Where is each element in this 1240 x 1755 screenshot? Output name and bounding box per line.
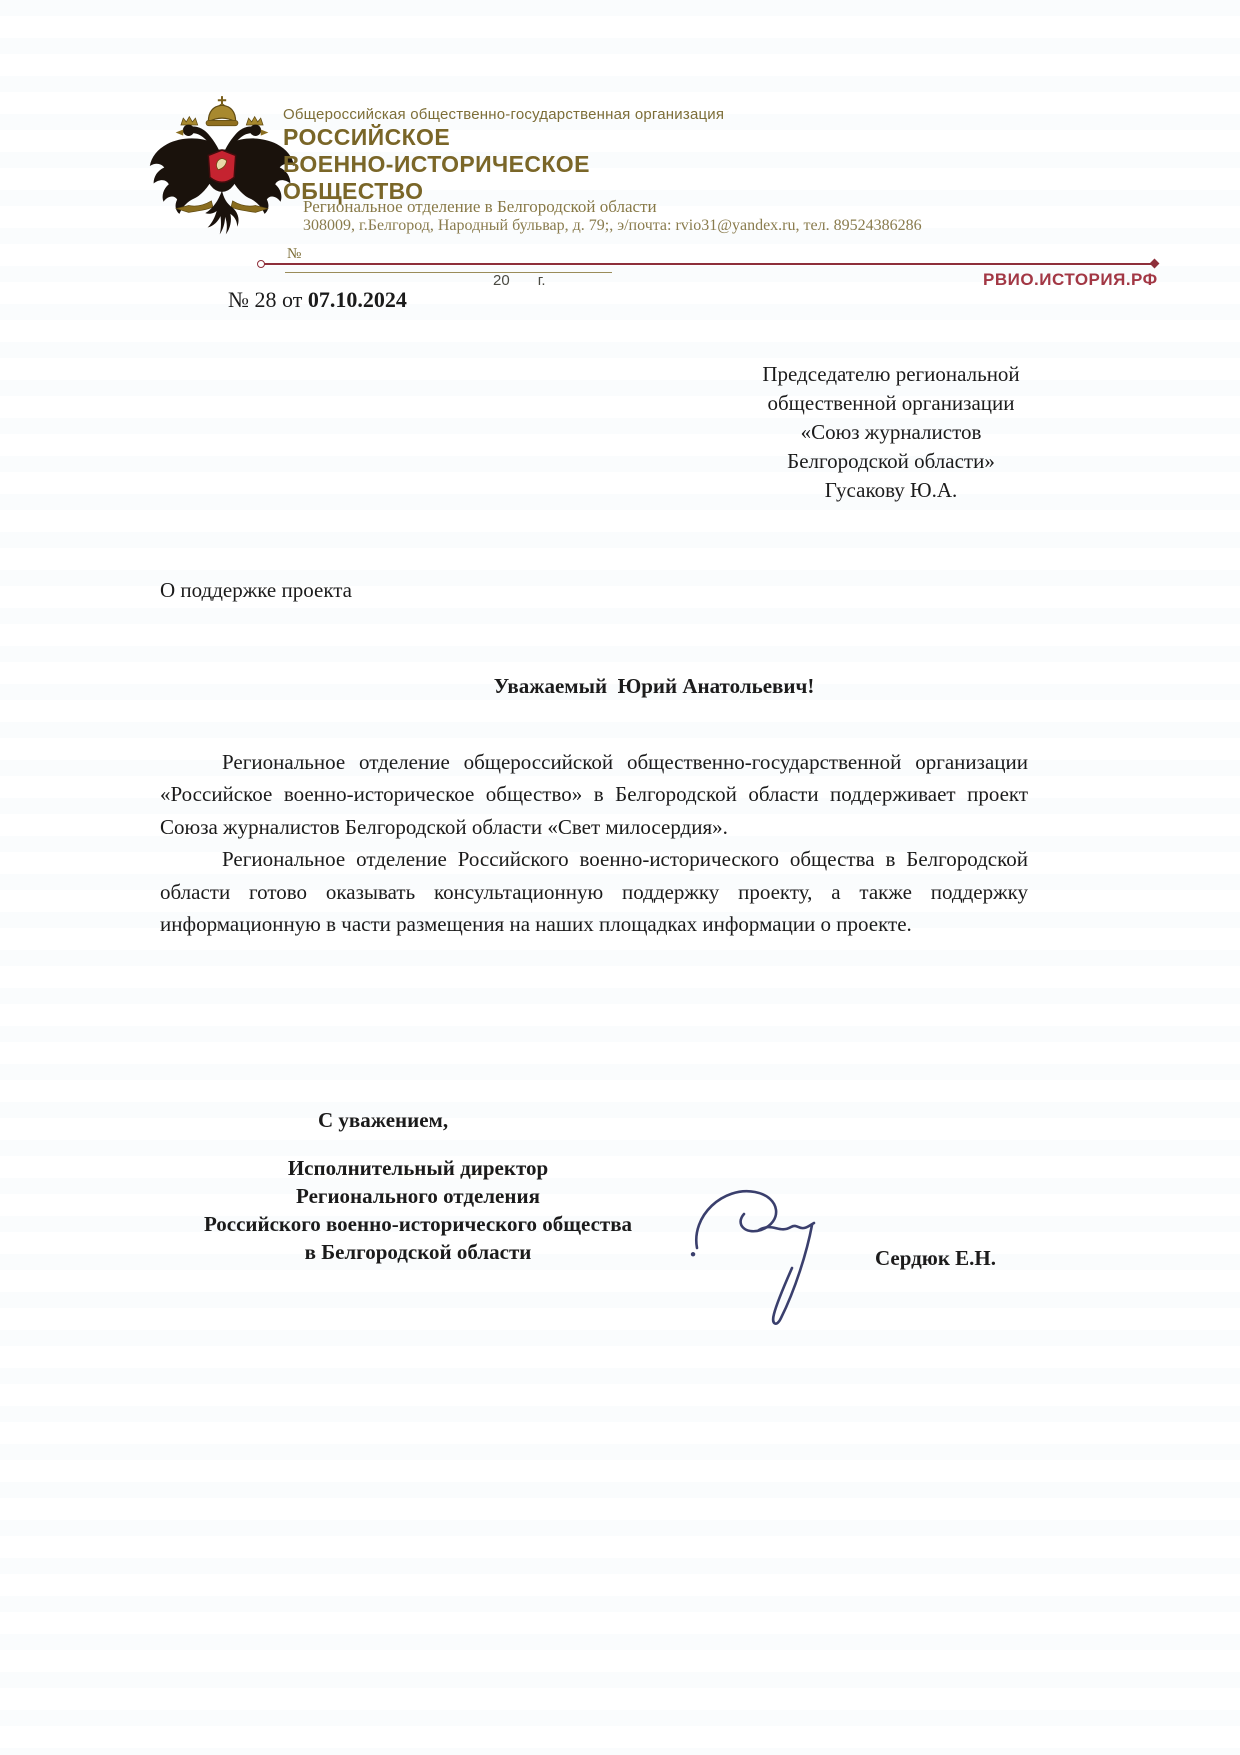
signer-name: Сердюк Е.Н. xyxy=(875,1246,996,1271)
addressee-line-5: Гусакову Ю.А. xyxy=(733,476,1049,505)
reference-prefix: № 28 от xyxy=(228,287,302,312)
reference-date: 07.10.2024 xyxy=(308,287,407,312)
letter-page: Общероссийская общественно-государственн… xyxy=(0,0,1240,1755)
salutation-line: Уважаемый Юрий Анатольевич! xyxy=(220,674,1088,699)
number-blank-line xyxy=(285,248,612,273)
addressee-line-2: общественной организации xyxy=(733,389,1049,418)
addressee-line-4: Белгородской области» xyxy=(733,447,1049,476)
addressee-block: Председателю региональной общественной о… xyxy=(733,360,1049,505)
signer-title-line-2: Регионального отделения xyxy=(160,1182,676,1210)
rule-right-arrow xyxy=(1150,259,1160,269)
year-blank-line: 20г. xyxy=(493,272,546,289)
address-line: 308009, г.Белгород, Народный бульвар, д.… xyxy=(303,217,922,235)
org-name: РОССИЙСКОЕ ВОЕННО-ИСТОРИЧЕСКОЕ ОБЩЕСТВО xyxy=(283,124,590,205)
signer-title-line-4: в Белгородской области xyxy=(160,1238,676,1266)
body-paragraph-2: Региональное отделение Российского военн… xyxy=(160,843,1028,940)
org-type-line: Общероссийская общественно-государственн… xyxy=(283,106,724,123)
signer-title-line-1: Исполнительный директор xyxy=(160,1154,676,1182)
org-name-line-2: ВОЕННО-ИСТОРИЧЕСКОЕ xyxy=(283,151,590,178)
letter-body: Региональное отделение общероссийской об… xyxy=(160,746,1028,940)
closing-line: С уважением, xyxy=(318,1108,448,1133)
website-label: РВИО.ИСТОРИЯ.РФ xyxy=(983,270,1158,290)
addressee-line-1: Председателю региональной xyxy=(733,360,1049,389)
year-prefix: 20 xyxy=(493,272,510,289)
double-headed-eagle-icon xyxy=(146,93,298,239)
signer-title-block: Исполнительный директор Регионального от… xyxy=(160,1154,676,1266)
signer-title-line-3: Российского военно-исторического обществ… xyxy=(160,1210,676,1238)
rule-left-dot xyxy=(257,260,265,268)
addressee-line-3: «Союз журналистов xyxy=(733,418,1049,447)
subject-line: О поддержке проекта xyxy=(160,578,352,603)
branch-line: Региональное отделение в Белгородской об… xyxy=(303,197,657,217)
handwritten-signature xyxy=(685,1178,835,1338)
year-suffix: г. xyxy=(538,272,546,289)
reference-line: № 28 от 07.10.2024 xyxy=(228,287,407,313)
body-paragraph-1: Региональное отделение общероссийской об… xyxy=(160,746,1028,843)
org-name-line-1: РОССИЙСКОЕ xyxy=(283,124,590,151)
